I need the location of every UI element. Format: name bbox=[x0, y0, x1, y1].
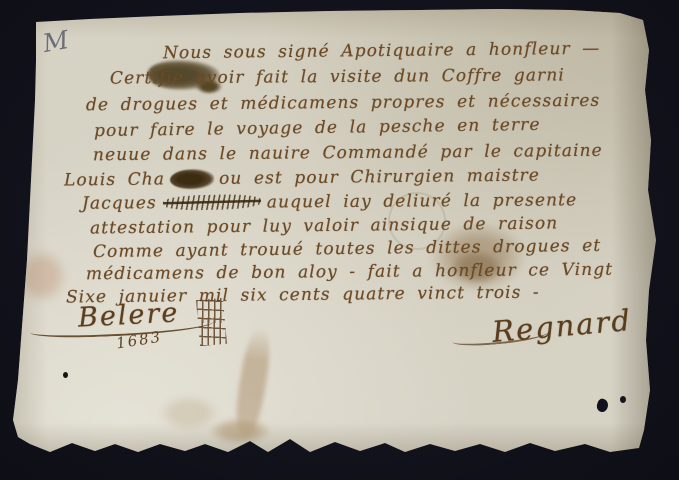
line-text: de drogues et médicamens propres et néce… bbox=[86, 91, 600, 115]
line-text: pour faire le voyage de la pesche en ter… bbox=[94, 115, 541, 141]
line-text: Certifie avoir fait la visite dun Coffre… bbox=[110, 65, 565, 88]
struck-out-word bbox=[163, 194, 261, 211]
manuscript-line: neuue dans le nauire Commandé par le cap… bbox=[93, 140, 603, 166]
line-text: ou est pour Chirurgien maistre bbox=[219, 166, 540, 189]
stain-streak bbox=[231, 325, 274, 440]
signature-right: Regnard bbox=[491, 303, 633, 349]
stain-spot bbox=[160, 396, 218, 430]
manuscript-line: de drogues et médicamens propres et néce… bbox=[86, 90, 600, 116]
manuscript-line: Jacquesauquel iay deliuré la presente bbox=[82, 189, 577, 214]
ink-blot-over-word bbox=[170, 169, 214, 189]
manuscript-line: Louis Chaou est pour Chirurgien maistre bbox=[64, 165, 540, 192]
paper-speck bbox=[63, 372, 68, 378]
line-text: neuue dans le nauire Commandé par le cap… bbox=[93, 141, 603, 165]
photo-background: M Nous sous signé Apotiquaire a honfleur… bbox=[0, 0, 679, 480]
stain-spot bbox=[18, 250, 66, 302]
signature-paraph bbox=[196, 298, 227, 346]
line-text: attestation pour luy valoir ainsique de … bbox=[90, 214, 558, 239]
paper-hole bbox=[595, 398, 610, 414]
line-text: Jacques bbox=[82, 193, 157, 214]
stain-streak bbox=[210, 418, 270, 444]
line-text: Comme ayant trouué toutes les dittes dro… bbox=[93, 236, 601, 262]
manuscript-line: Certifie avoir fait la visite dun Coffre… bbox=[110, 64, 565, 89]
pencil-mark: M bbox=[41, 25, 72, 58]
paper-sheet: M Nous sous signé Apotiquaire a honfleur… bbox=[0, 0, 679, 480]
paper-hole bbox=[620, 396, 626, 403]
manuscript-line: pour faire le voyage de la pesche en ter… bbox=[94, 114, 541, 142]
line-text: Nous sous signé Apotiquaire a honfleur — bbox=[163, 39, 600, 64]
line-text: auquel iay deliuré la presente bbox=[267, 190, 578, 212]
line-text: Louis Cha bbox=[64, 169, 165, 190]
signature-left: Belere bbox=[77, 297, 180, 333]
manuscript-line: Nous sous signé Apotiquaire a honfleur — bbox=[163, 38, 600, 65]
